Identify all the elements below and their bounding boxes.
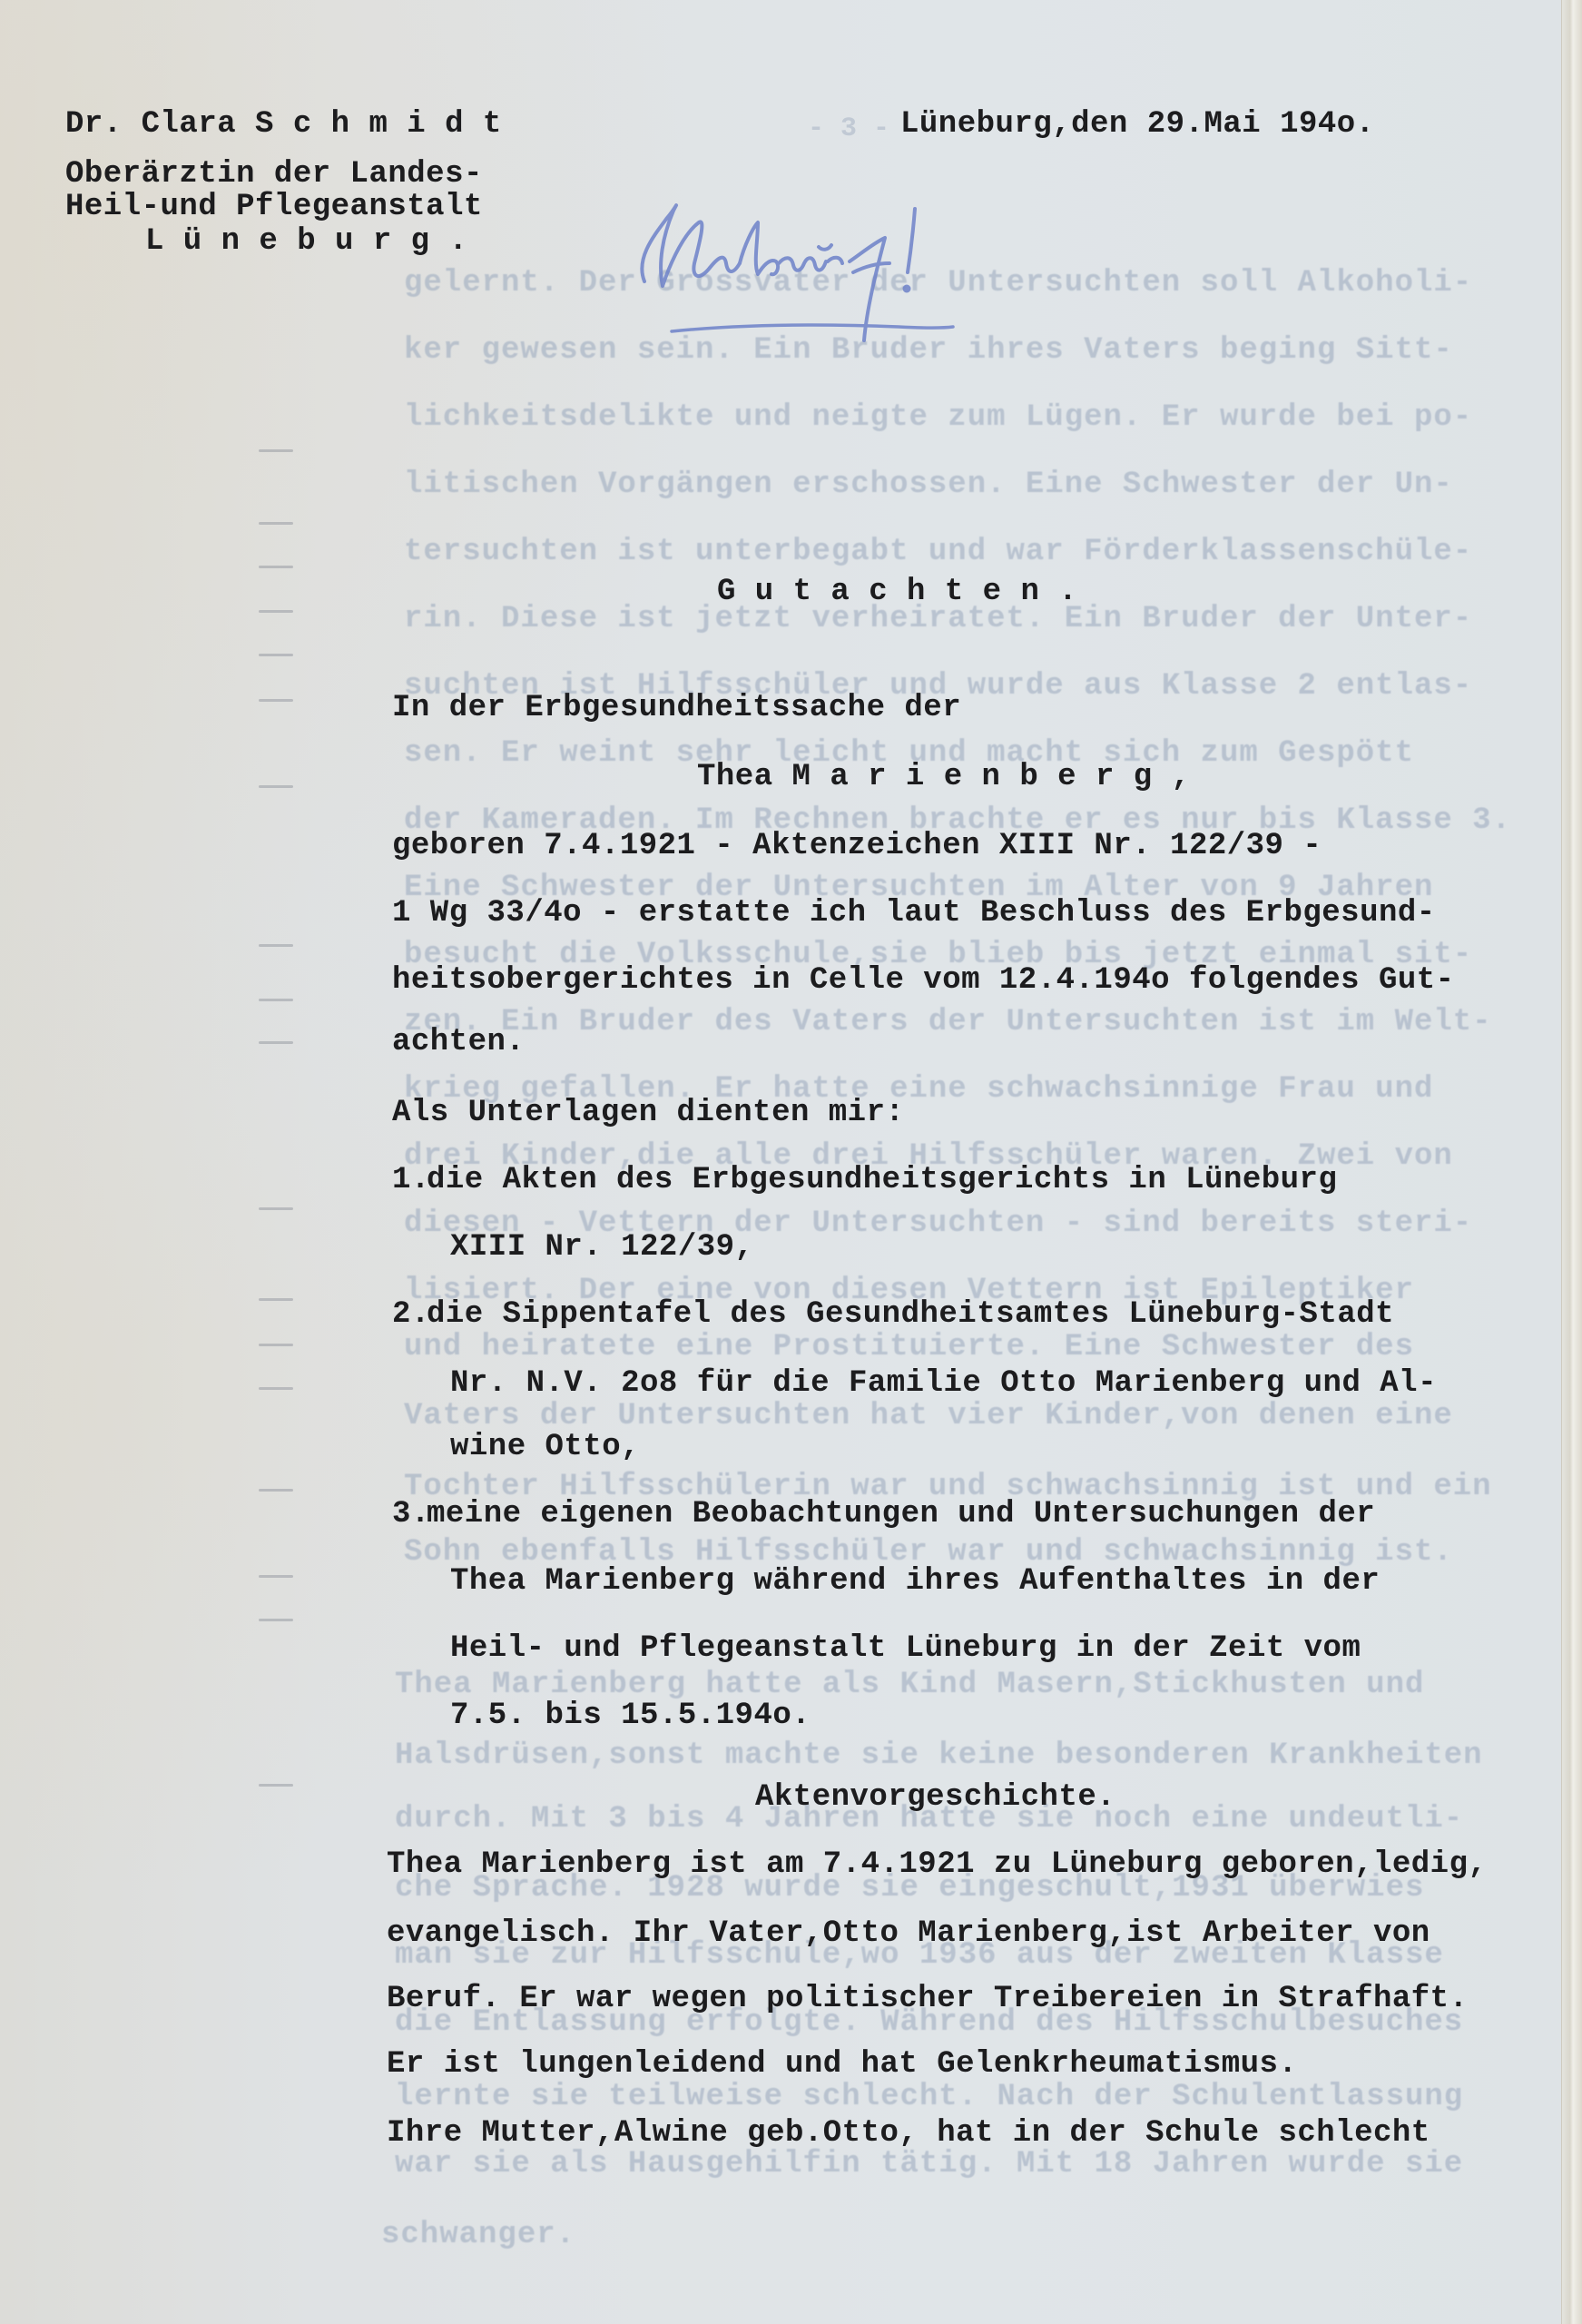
history-line: Beruf. Er war wegen politischer Treibere… — [387, 1981, 1469, 2017]
bleed-line: war sie als Hausgehilfin tätig. Mit 18 J… — [395, 2146, 1463, 2182]
intro-line: In der Erbgesundheitssache der — [392, 690, 961, 726]
margin-mark — [259, 1489, 293, 1492]
bleed-line: schwanger. — [381, 2217, 575, 2253]
margin-mark — [259, 785, 293, 788]
list-line: 7.5. bis 15.5.194o. — [450, 1698, 811, 1734]
margin-mark — [259, 1387, 293, 1390]
document-title: G u t a c h t e n . — [717, 574, 1077, 610]
list-line: die Sippentafel des Gesundheitsamtes Lün… — [427, 1296, 1394, 1333]
place-date: Lüneburg,den 29.Mai 194o. — [900, 106, 1375, 143]
margin-mark — [259, 1344, 293, 1346]
body-line: Als Unterlagen dienten mir: — [392, 1095, 904, 1131]
margin-mark — [259, 449, 293, 452]
history-line: evangelisch. Ihr Vater,Otto Marienberg,i… — [387, 1915, 1430, 1952]
body-line: 1 Wg 33/4o - erstatte ich laut Beschluss… — [392, 895, 1436, 931]
bleed-line: tersuchten ist unterbegabt und war Förde… — [404, 534, 1472, 570]
list-number: 1. — [392, 1162, 430, 1198]
margin-mark — [259, 944, 293, 947]
history-line: Er ist lungenleidend und hat Gelenkrheum… — [387, 2046, 1297, 2083]
margin-mark — [259, 1784, 293, 1787]
margin-mark — [259, 610, 293, 613]
list-line: wine Otto, — [450, 1429, 640, 1465]
history-line: Thea Marienberg ist am 7.4.1921 zu Lüneb… — [387, 1846, 1487, 1883]
margin-mark — [259, 522, 293, 525]
margin-mark — [259, 1575, 293, 1578]
margin-mark — [259, 654, 293, 656]
history-line: Ihre Mutter,Alwine geb.Otto, hat in der … — [387, 2115, 1430, 2152]
bleed-line: lichkeitsdelikte und neigte zum Lügen. E… — [404, 399, 1472, 436]
margin-mark — [259, 699, 293, 702]
author-name: Dr. Clara S c h m i d t — [65, 106, 502, 143]
handwritten-annotation-icon — [626, 172, 1007, 354]
list-line: Thea Marienberg während ihres Aufenthalt… — [450, 1563, 1380, 1600]
author-title-line2: Heil-und Pflegeanstalt — [65, 189, 483, 225]
list-line: XIII Nr. 122/39, — [450, 1229, 753, 1265]
list-number: 2. — [392, 1296, 430, 1333]
margin-mark — [259, 1298, 293, 1301]
bleed-line: Halsdrüsen,sonst machte sie keine besond… — [395, 1738, 1483, 1774]
list-line: meine eigenen Beobachtungen und Untersuc… — [427, 1496, 1375, 1532]
author-title-line1: Oberärztin der Landes- — [65, 156, 483, 192]
bleed-line: lernte sie teilweise schlecht. Nach der … — [395, 2079, 1463, 2115]
margin-mark — [259, 1619, 293, 1621]
paper-edge — [1561, 0, 1582, 2324]
list-line: Nr. N.V. 2o8 für die Familie Otto Marien… — [450, 1365, 1437, 1402]
bleed-line: zen. Ein Bruder des Vaters der Untersuch… — [404, 1004, 1492, 1040]
margin-mark — [259, 1207, 293, 1210]
subject-name: Thea M a r i e n b e r g , — [697, 759, 1191, 795]
margin-mark — [259, 566, 293, 568]
bleed-line: und heiratete eine Prostituierte. Eine S… — [404, 1329, 1414, 1365]
body-line: heitsobergerichtes in Celle vom 12.4.194… — [392, 962, 1455, 999]
list-line: Heil- und Pflegeanstalt Lüneburg in der … — [450, 1630, 1361, 1667]
list-line: die Akten des Erbgesundheitsgerichts in … — [427, 1162, 1337, 1198]
bleed-line: litischen Vorgängen erschossen. Eine Sch… — [404, 467, 1453, 503]
author-city: L ü n e b u r g . — [145, 223, 467, 260]
bleed-page-number: - 3 - — [808, 113, 889, 144]
list-number: 3. — [392, 1496, 430, 1532]
paper-sheet: gelernt. Der Grossvater der Untersuchten… — [0, 0, 1582, 2324]
body-line: achten. — [392, 1024, 525, 1060]
margin-mark — [259, 999, 293, 1001]
body-line: geboren 7.4.1921 - Aktenzeichen XIII Nr.… — [392, 828, 1322, 864]
margin-mark — [259, 1041, 293, 1044]
section-heading: Aktenvorgeschichte. — [755, 1779, 1115, 1816]
